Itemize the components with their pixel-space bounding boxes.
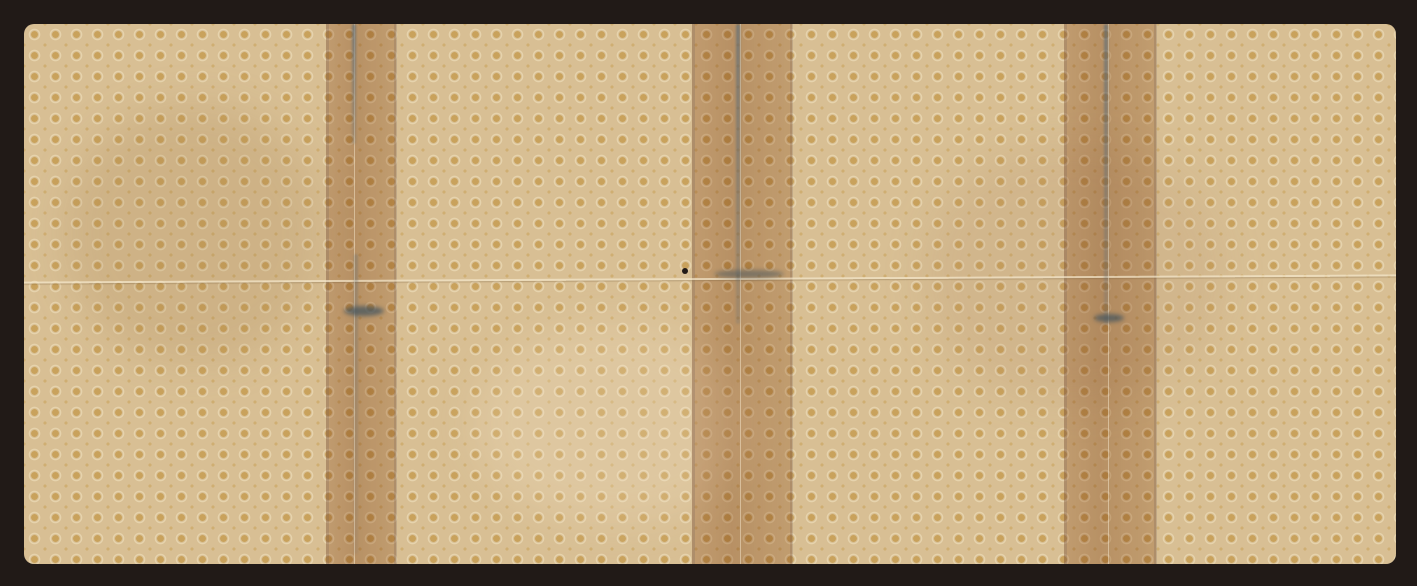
tape-edge (326, 24, 329, 564)
tear-line (352, 24, 356, 144)
paper-stain (64, 104, 324, 364)
tape-edge (790, 24, 793, 564)
ink-blot (344, 306, 384, 316)
tape-strip-right (1064, 24, 1156, 564)
tear-line (1104, 24, 1108, 324)
tape-edge (1154, 24, 1157, 564)
tape-strip-left (326, 24, 396, 564)
vertical-crease (740, 24, 741, 564)
tear-line (354, 254, 358, 554)
tape-strip-center (692, 24, 792, 564)
vertical-crease (1108, 24, 1109, 564)
tape-edge (1064, 24, 1067, 564)
banknote-reverse (24, 24, 1396, 564)
ink-blot (1094, 314, 1124, 322)
pin-hole (682, 268, 688, 274)
tape-edge (692, 24, 695, 564)
tear-line (736, 24, 740, 324)
tape-edge (394, 24, 397, 564)
ink-blot (714, 270, 784, 278)
